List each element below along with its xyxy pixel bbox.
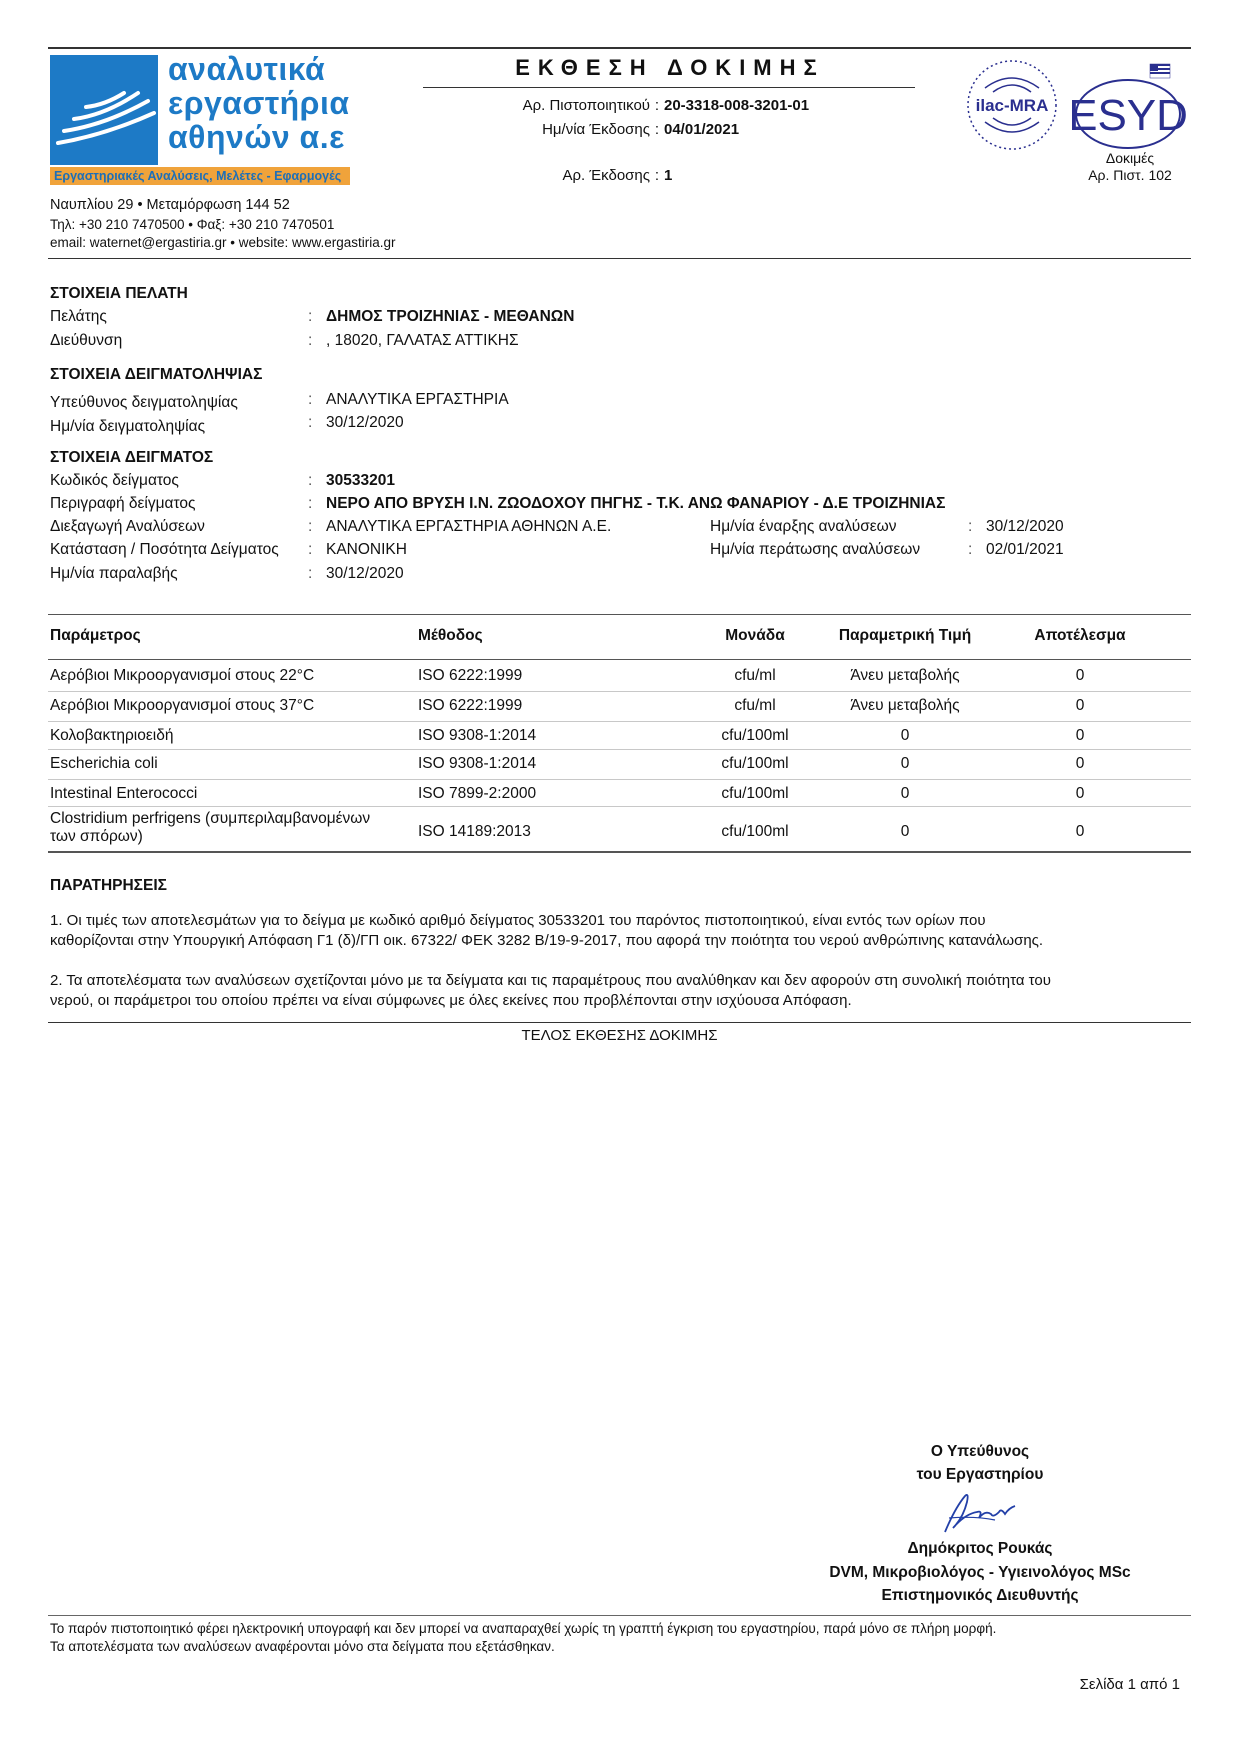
received-date: 30/12/2020 (326, 565, 404, 583)
logo-line-1: αναλυτικά (168, 52, 350, 86)
client-section-title: ΣΤΟΙΧΕΙΑ ΠΕΛΑΤΗ (50, 285, 188, 303)
document-title: ΕΚΘΕΣΗ ΔΟΚΙΜΗΣ (430, 55, 910, 81)
sample-section-title: ΣΤΟΙΧΕΙΑ ΔΕΙΓΜΑΤΟΣ (50, 449, 213, 467)
received-date-label: Ημ/νία παραλαβής (50, 565, 178, 583)
sampling-responsible-label: Υπεύθυνος δειγματοληψίας (50, 394, 238, 412)
cell-parametric-value: Άνευ μεταβολής (820, 667, 990, 685)
cell-parameter: Κολοβακτηριοειδή (50, 727, 173, 745)
cell-unit: cfu/ml (700, 697, 810, 715)
analysis-end-date: 02/01/2021 (986, 541, 1064, 559)
ilac-mra-logo-icon: ilac-MRA (965, 58, 1059, 152)
cell-method: ISO 9308-1:2014 (418, 727, 536, 745)
separator: : (308, 332, 312, 350)
client-address-label: Διεύθυνση (50, 332, 122, 350)
cell-method: ISO 6222:1999 (418, 667, 522, 685)
cell-parametric-value: Άνευ μεταβολής (820, 697, 990, 715)
cell-result: 0 (1010, 697, 1150, 715)
remark-2-line-2: νερού, οι παράμετροι του οποίου πρέπει ν… (50, 991, 1190, 1011)
issue-date-row: Ημ/νία Έκδοσης:04/01/2021 (430, 121, 830, 138)
company-address: Ναυπλίου 29 • Μεταμόρφωση 144 52 (50, 196, 290, 214)
issue-number-label: Αρ. Έκδοσης (430, 167, 650, 184)
certificate-number-row: Αρ. Πιστοποιητικού:20-3318-008-3201-01 (430, 97, 830, 114)
cell-unit: cfu/100ml (700, 727, 810, 745)
cell-parameter: Αερόβιοι Μικροοργανισμοί στους 37°C (50, 697, 314, 715)
top-rule (48, 47, 1191, 49)
cell-parametric-value: 0 (820, 785, 990, 803)
issue-date-label: Ημ/νία Έκδοσης (430, 121, 650, 138)
separator: : (650, 167, 664, 184)
signatory-name: Δημόκριτος Ρουκάς (780, 1540, 1180, 1558)
footer-note-2: Τα αποτελέσματα των αναλύσεων αναφέροντα… (50, 1638, 555, 1656)
separator: : (308, 495, 312, 513)
cell-result: 0 (1010, 667, 1150, 685)
company-phone: Τηλ: +30 210 7470500 • Φαξ: +30 210 7470… (50, 216, 334, 234)
logo-line-3: αθηνών α.ε (168, 120, 350, 154)
client-address: , 18020, ΓΑΛΑΤΑΣ ΑΤΤΙΚΗΣ (326, 332, 519, 350)
cell-parametric-value: 0 (820, 755, 990, 773)
sample-description-label: Περιγραφή δείγματος (50, 495, 196, 513)
analysis-by-label: Διεξαγωγή Αναλύσεων (50, 518, 205, 536)
table-header-rule (48, 659, 1191, 660)
remarks-rule (48, 1022, 1191, 1023)
issue-number-row: Αρ. Έκδοσης:1 (430, 167, 830, 184)
issue-number: 1 (664, 167, 672, 184)
sampling-date-label: Ημ/νία δειγματοληψίας (50, 418, 205, 436)
cell-result: 0 (1010, 785, 1150, 803)
accreditation-type: Δοκιμές (1075, 150, 1185, 167)
client-name: ΔΗΜΟΣ ΤΡΟΙΖΗΝΙΑΣ - ΜΕΘΑΝΩΝ (326, 308, 574, 326)
remark-1-line-2: καθορίζονται στην Υπουργική Απόφαση Γ1 (… (50, 931, 1190, 951)
separator: : (308, 541, 312, 559)
company-email-website: email: waternet@ergastiria.gr • website:… (50, 234, 396, 252)
company-name: αναλυτικά εργαστήρια αθηνών α.ε (168, 52, 350, 154)
sampling-responsible: ΑΝΑΛΥΤΙΚΑ ΕΡΓΑΣΤΗΡΙΑ (326, 391, 509, 409)
cell-parameter: Intestinal Enterococci (50, 785, 197, 803)
separator: : (308, 391, 312, 409)
separator: : (308, 518, 312, 536)
separator: : (650, 97, 664, 114)
cell-parametric-value: 0 (820, 823, 990, 841)
signatory-title: DVM, Μικροβιολόγος - Υγιεινολόγος MSc (780, 1564, 1180, 1582)
remark-2-line-1: 2. Τα αποτελέσματα των αναλύσεων σχετίζο… (50, 971, 1190, 991)
remarks-title: ΠΑΡΑΤΗΡΗΣΕΙΣ (50, 877, 167, 895)
sample-description: ΝΕΡΟ ΑΠΟ ΒΡΥΣΗ Ι.Ν. ΖΩΟΔΟΧΟΥ ΠΗΓΗΣ - Τ.Κ… (326, 495, 945, 513)
col-header-method: Μέθοδος (418, 627, 483, 645)
separator: : (308, 308, 312, 326)
client-name-label: Πελάτης (50, 308, 107, 326)
sampling-date: 30/12/2020 (326, 414, 404, 432)
cell-parameter: Escherichia coli (50, 755, 158, 773)
table-top-rule (48, 614, 1191, 615)
header-rule (48, 258, 1191, 259)
page-number: Σελίδα 1 από 1 (1060, 1676, 1180, 1693)
analysis-by: ΑΝΑΛΥΤΙΚΑ ΕΡΓΑΣΤΗΡΙΑ ΑΘΗΝΩΝ Α.Ε. (326, 518, 611, 536)
col-header-parametric-value: Παραμετρική Τιμή (820, 627, 990, 645)
separator: : (968, 518, 972, 536)
analysis-start-date: 30/12/2020 (986, 518, 1064, 536)
cell-unit: cfu/100ml (700, 785, 810, 803)
end-of-report: ΤΕΛΟΣ ΕΚΘΕΣΗΣ ΔΟΚΙΜΗΣ (48, 1027, 1191, 1044)
col-header-parameter: Παράμετρος (50, 627, 141, 645)
sample-code-label: Κωδικός δείγματος (50, 472, 179, 490)
sampling-section-title: ΣΤΟΙΧΕΙΑ ΔΕΙΓΜΑΤΟΛΗΨΙΑΣ (50, 366, 262, 384)
sample-condition-label: Κατάσταση / Ποσότητα Δείγματος (50, 541, 279, 559)
company-logo-icon (50, 55, 158, 165)
separator: : (308, 414, 312, 432)
accreditation-number: Αρ. Πιστ. 102 (1075, 167, 1185, 184)
cell-method: ISO 9308-1:2014 (418, 755, 536, 773)
accreditation-caption: Δοκιμές Αρ. Πιστ. 102 (1075, 150, 1185, 184)
svg-text:ilac-MRA: ilac-MRA (976, 96, 1049, 115)
cell-unit: cfu/100ml (700, 823, 810, 841)
title-rule (423, 87, 915, 88)
footer-note-1: Το παρόν πιστοποιητικό φέρει ηλεκτρονική… (50, 1620, 996, 1638)
esyd-logo-icon: ESYD (1072, 62, 1192, 157)
cell-method: ISO 14189:2013 (418, 823, 531, 841)
remark-1-line-1: 1. Οι τιμές των αποτελεσμάτων για το δεί… (50, 911, 1190, 931)
cell-parameter: Clostridium perfrigens (συμπεριλαμβανομέ… (50, 810, 370, 828)
cell-unit: cfu/100ml (700, 755, 810, 773)
analysis-end-label: Ημ/νία περάτωσης αναλύσεων (710, 541, 920, 559)
logo-line-2: εργαστήρια (168, 86, 350, 120)
cell-parametric-value: 0 (820, 727, 990, 745)
signatory-role: Επιστημονικός Διευθυντής (780, 1587, 1180, 1605)
company-tagline: Εργαστηριακές Αναλύσεις, Μελέτες - Εφαρμ… (50, 167, 350, 185)
analysis-start-label: Ημ/νία έναρξης αναλύσεων (710, 518, 897, 536)
sample-condition: ΚΑΝΟΝΙΚΗ (326, 541, 407, 559)
footer-rule (48, 1615, 1191, 1616)
separator: : (968, 541, 972, 559)
remark-1: 1. Οι τιμές των αποτελεσμάτων για το δεί… (50, 911, 1190, 951)
cell-parameter: Αερόβιοι Μικροοργανισμοί στους 22°C (50, 667, 314, 685)
cell-method: ISO 6222:1999 (418, 697, 522, 715)
table-bottom-rule (48, 851, 1191, 853)
signature-heading-2: του Εργαστηρίου (780, 1466, 1180, 1484)
signature-heading-1: Ο Υπεύθυνος (780, 1443, 1180, 1461)
cell-parameter-cont: των σπόρων) (50, 828, 143, 846)
cell-method: ISO 7899-2:2000 (418, 785, 536, 803)
col-header-result: Αποτέλεσμα (1010, 627, 1150, 645)
signature-icon (935, 1488, 1025, 1536)
certificate-number: 20-3318-008-3201-01 (664, 97, 809, 114)
svg-text:ESYD: ESYD (1072, 91, 1188, 140)
certificate-label: Αρ. Πιστοποιητικού (430, 97, 650, 114)
sample-code: 30533201 (326, 472, 395, 490)
cell-unit: cfu/ml (700, 667, 810, 685)
issue-date: 04/01/2021 (664, 121, 739, 138)
remark-2: 2. Τα αποτελέσματα των αναλύσεων σχετίζο… (50, 971, 1190, 1011)
separator: : (308, 472, 312, 490)
cell-result: 0 (1010, 823, 1150, 841)
col-header-unit: Μονάδα (700, 627, 810, 645)
cell-result: 0 (1010, 755, 1150, 773)
separator: : (650, 121, 664, 138)
separator: : (308, 565, 312, 583)
cell-result: 0 (1010, 727, 1150, 745)
